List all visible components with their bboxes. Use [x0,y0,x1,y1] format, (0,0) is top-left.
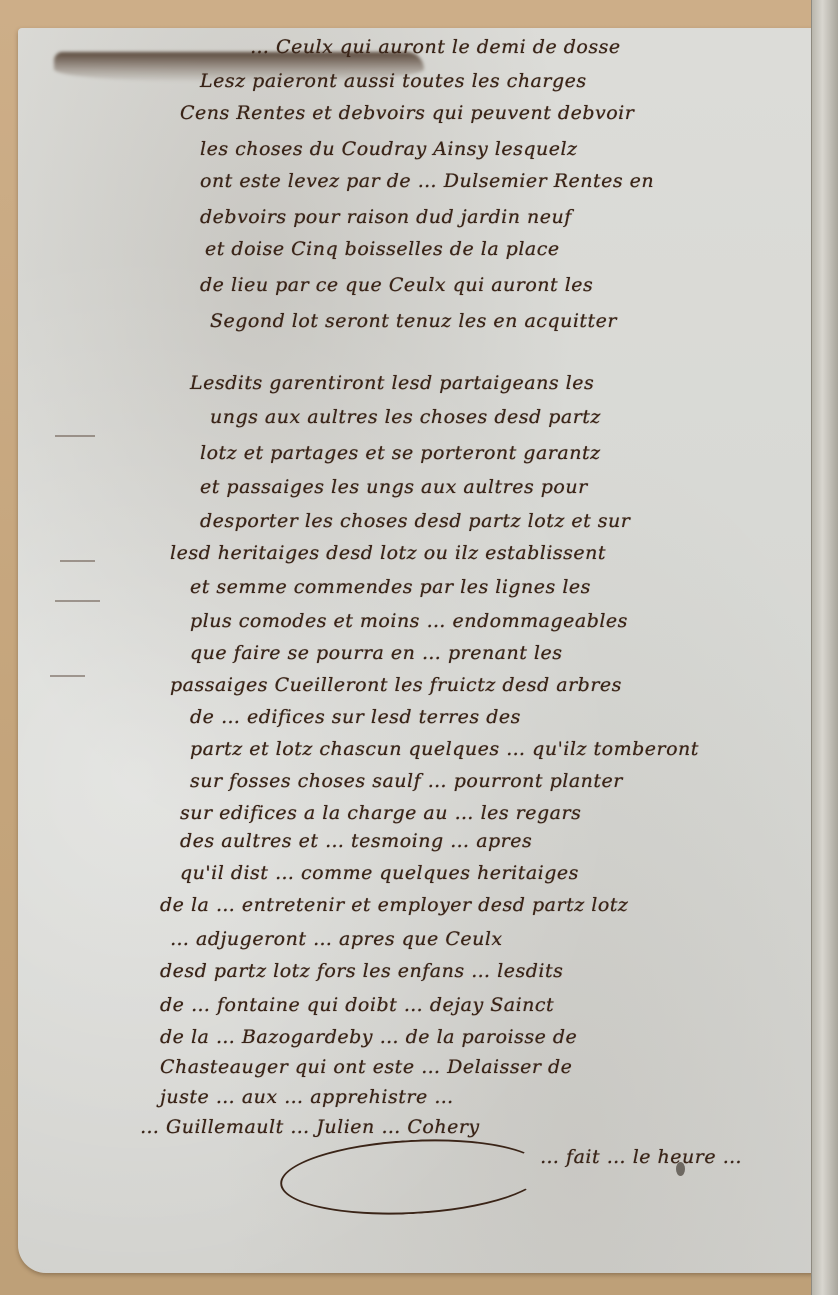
text-line: passaiges Cueilleront les fruictz desd a… [170,674,622,696]
text-line: juste … aux … apprehistre … [160,1086,454,1108]
text-line: sur fosses choses saulf … pourront plant… [190,770,623,792]
text-line: Chasteauger qui ont este … Delaisser de [160,1056,572,1078]
text-line: et semme commendes par les lignes les [190,576,591,598]
text-line: et passaiges les ungs aux aultres pour [200,476,588,498]
text-line: de … fontaine qui doibt … dejay Sainct [160,994,554,1016]
text-line: ont este levez par de … Dulsemier Rentes… [200,170,654,192]
text-line: de la … entretenir et employer desd part… [160,894,628,916]
text-line: plus comodes et moins … endommageables [190,610,628,632]
text-line: de lieu par ce que Ceulx qui auront les [200,274,593,296]
text-line: lesd heritaiges desd lotz ou ilz establi… [170,542,606,564]
text-line: Lesdits garentiront lesd partaigeans les [190,372,594,394]
text-line: … Guillemault … Julien … Cohery [140,1116,480,1138]
text-line: Cens Rentes et debvoirs qui peuvent debv… [180,102,634,124]
text-line: de la … Bazogardeby … de la paroisse de [160,1026,577,1048]
text-line: les choses du Coudray Ainsy lesquelz [200,138,578,160]
binding-edge [811,0,838,1295]
text-line: sur edifices a la charge au … les regars [180,802,581,824]
text-line: ungs aux aultres les choses desd partz [210,406,601,428]
text-line: … fait … le heure … [540,1146,742,1168]
text-line: de … edifices sur lesd terres des [190,706,521,728]
paper-hole [676,1162,685,1176]
text-line: lotz et partages et se porteront garantz [200,442,601,464]
text-line: que faire se pourra en … prenant les [190,642,563,664]
text-line: Segond lot seront tenuz les en acquitter [210,310,617,332]
text-line: … Ceulx qui auront le demi de dosse [250,36,621,58]
text-line: et doise Cinq boisselles de la place [205,238,560,260]
text-line: qu'il dist … comme quelques heritaiges [180,862,579,884]
text-line: … adjugeront … apres que Ceulx [170,928,503,950]
text-line: partz et lotz chascun quelques … qu'ilz … [190,738,699,760]
text-line: des aultres et … tesmoing … apres [180,830,532,852]
text-line: Lesz paieront aussi toutes les charges [200,70,587,92]
text-line: desd partz lotz fors les enfans … lesdit… [160,960,563,982]
text-line: desporter les choses desd partz lotz et … [200,510,630,532]
text-line: debvoirs pour raison dud jardin neuf [200,206,572,228]
